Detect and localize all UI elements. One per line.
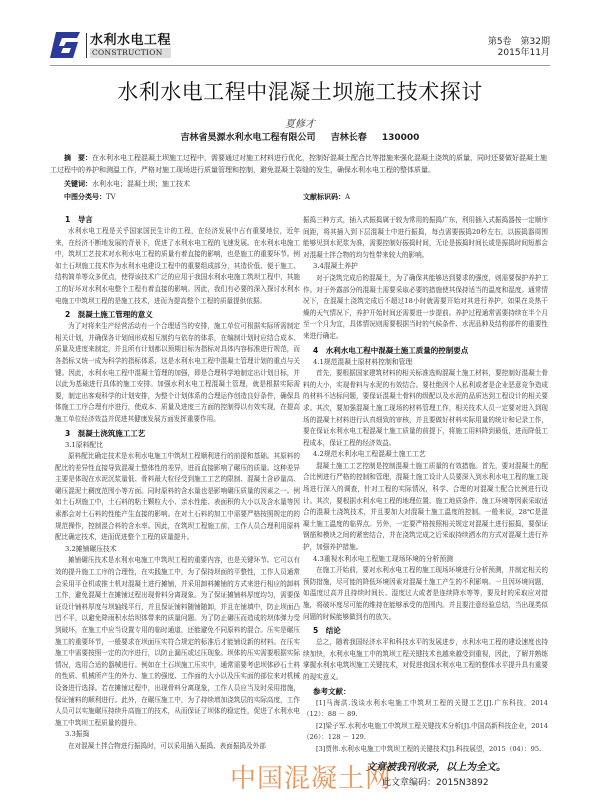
journal-name: 水利水电工程 CONSTRUCTION <box>86 33 171 58</box>
document-code-label: 文献标识码： <box>303 193 345 201</box>
paragraph: 在施工开始前，要对水利水电工程的施工现场环境进行分析预测，并制定相关的预防措施，… <box>303 565 548 623</box>
paragraph: 混凝土施工工艺控制是控制混凝土施工质量的有效措施。首先，要对混凝土的配合比例进行… <box>303 461 548 554</box>
subsection-heading: 3.1原料配比 <box>65 440 300 452</box>
article-title: 水利水电工程中混凝土坝施工技术探讨 <box>0 76 600 106</box>
section-heading: 2 混凝土施工管理的意义 <box>65 309 300 321</box>
clc-number: 中图分类号：TV <box>64 191 116 203</box>
article-author: 夏修才 <box>0 115 600 130</box>
section-heading: 3 混凝土浇筑施工工艺 <box>65 428 300 440</box>
volume-issue: 第5卷 第32期 <box>488 37 550 48</box>
issue-info: 第5卷 第32期 2015年11月 <box>488 37 550 59</box>
affiliation-postcode: 130000 <box>382 133 420 143</box>
clc-label: 中图分类号： <box>64 193 106 201</box>
abstract: 摘 要：在水利水电工程混凝土坝施工过程中，需要通过对施工材料进行优化，控制好混凝… <box>50 152 550 176</box>
document-code: 文献标识码：A <box>303 191 350 203</box>
paragraph: 摊铺碾压技术是水利水电施工中筑坝工程的重要内容，也是关键环节。它可以有效的提升施… <box>55 555 300 729</box>
article-code-label: 此文章编码： <box>382 778 436 788</box>
paragraph: 水利水电工程是关乎国家国民生计的工程，在经济发展中占有重要地位，近年来，在经济不… <box>55 226 300 307</box>
article-code: 此文章编码：2015N3892 <box>382 775 489 788</box>
subsection-heading: 4.1规范混凝土原材料控制和管理 <box>313 357 548 369</box>
paragraph: 原料配比确定技术是水利水电施工中筑坝工程顺利进行的前提和基础。其原料的配比的差异… <box>55 451 300 544</box>
paragraph: 对于浇筑完成后的混凝土，为了确保其能够达到要求的强度，则需要保护养护工作。对于外… <box>303 273 548 343</box>
references-heading: 参考文献： <box>313 686 548 698</box>
paragraph: 在对混凝土拌合物进行振捣时，可以采用插入振捣、表面振捣及外部 <box>55 741 300 753</box>
paragraph: 首先，要根据国家建筑材料的相关标准选购混凝土施工材料，要控制好混凝土骨料的大小，… <box>303 368 548 449</box>
paragraph: 为了对将来生产经营活动有一个合理适当的安排，施工单位可根据实际所需制定相关计划，… <box>55 321 300 425</box>
affiliation-org: 吉林省昊源水利水电工程有限公司 <box>181 133 316 143</box>
journal-logo: 水利水电工程 CONSTRUCTION <box>50 30 171 60</box>
reference-item: [2]梁子军.水利水电施工中筑坝工程关键技术分析[J].中国高新科技企业，201… <box>303 721 548 744</box>
article-code-value: 2015N3892 <box>436 778 489 788</box>
subsection-heading: 3.3振捣 <box>65 729 300 741</box>
journal-name-cn: 水利水电工程 <box>90 33 171 48</box>
section-heading: 5 结论 <box>313 625 548 637</box>
journal-header: 水利水电工程 CONSTRUCTION 第5卷 第32期 2015年11月 <box>50 30 550 66</box>
journal-logo-icon <box>50 30 82 60</box>
subsection-heading: 4.3重视水利水电工程施工现场环境的分析预测 <box>313 554 548 566</box>
subsection-heading: 3.2摊铺碾压技术 <box>65 544 300 556</box>
reference-item: [3]贾伟.水利水电施工中筑坝工程的关键技术[J].科技展望，2015（04）：… <box>303 744 548 756</box>
keywords: 关键词：水利水电；混凝土坝；施工技术 <box>64 178 190 190</box>
paragraph: 振捣三种方式，插入式振捣属于较为常用的振捣广东，利用插入式振捣器按一定顺序间距，… <box>303 215 548 261</box>
subsection-heading: 4.2规范水利水电工程混凝土施工工艺 <box>313 449 548 461</box>
affiliation: 吉林省昊源水利水电工程有限公司 吉林长春 130000 <box>0 130 600 143</box>
left-column: 1 导言 水利水电工程是关乎国家国民生计的工程，在经济发展中占有重要地位，近年来… <box>55 212 300 753</box>
section-heading: 1 导言 <box>65 214 300 226</box>
section-heading: 4 水利水电工程中混凝土施工质量的控制要点 <box>313 345 548 357</box>
abstract-label: 摘 要： <box>64 154 92 162</box>
keywords-label: 关键词： <box>64 180 92 188</box>
issue-date: 2015年11月 <box>488 48 550 59</box>
keywords-text: 水利水电；混凝土坝；施工技术 <box>92 180 190 188</box>
affiliation-city: 吉林长春 <box>331 133 367 143</box>
right-column: 振捣三种方式，插入式振捣属于较为常用的振捣广东，利用插入式振捣器按一定顺序间距，… <box>303 215 548 756</box>
abstract-text: 在水利水电工程混凝土坝施工过程中，需要通过对施工材料进行优化，控制好混凝土配合比… <box>50 154 547 174</box>
document-code-value: A <box>345 193 350 201</box>
reference-item: [1]马海洪.浅谈水利水电施工中筑坝工程的关键工艺[J].广东科技，2014（1… <box>303 698 548 721</box>
paragraph: 总之，随着我国经济水平和科技水平的发展进步，水利水电工程的建设速度也持续加快，水… <box>303 637 548 683</box>
clc-value: TV <box>106 193 116 201</box>
journal-name-en: CONSTRUCTION <box>90 48 171 58</box>
subsection-heading: 3.4混凝土养护 <box>313 261 548 273</box>
inclusion-notice: 文章被我刊收录，以上为全文。 <box>366 758 506 773</box>
